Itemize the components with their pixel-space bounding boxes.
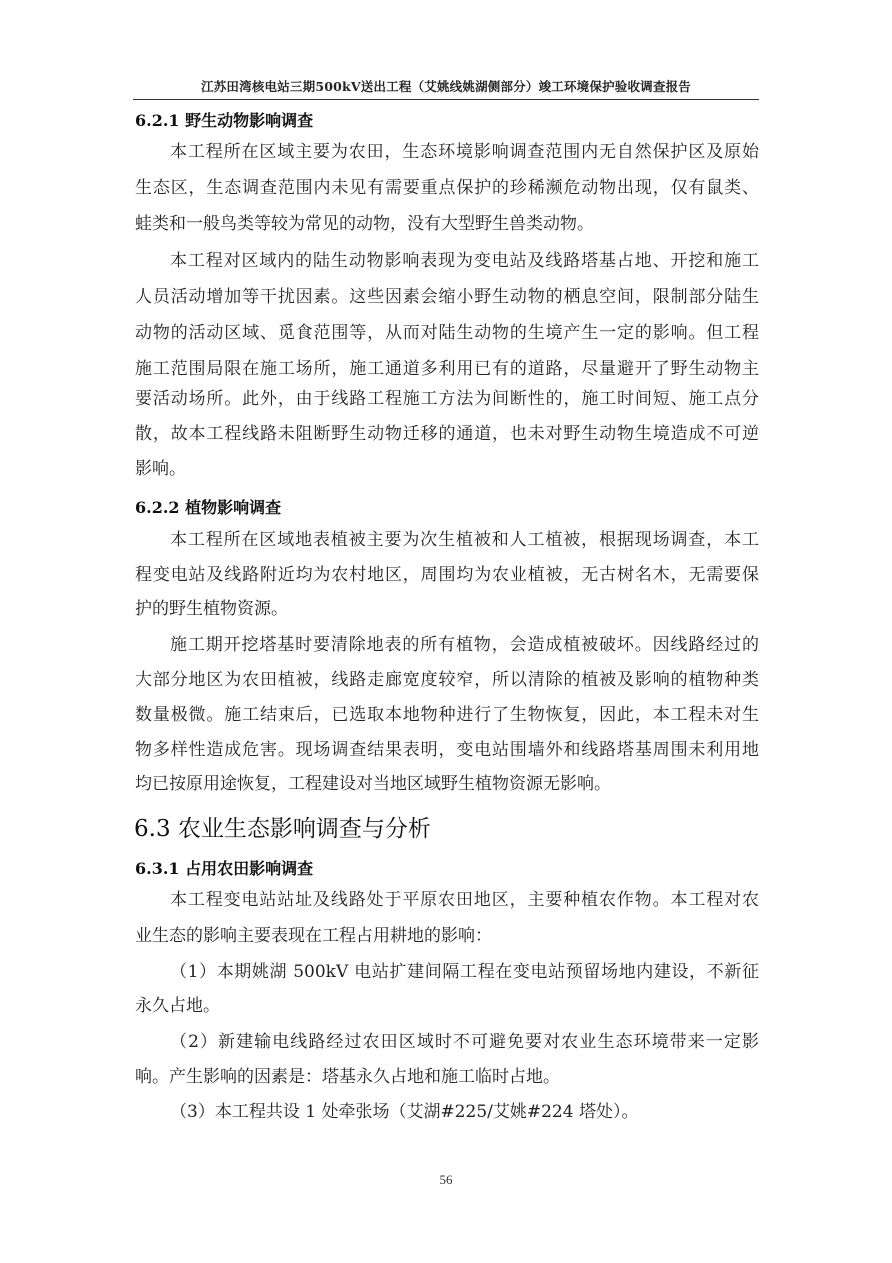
- paragraph-line: 蛙类和一般鸟类等较为常见的动物，没有大型野生兽类动物。: [135, 213, 759, 235]
- paragraph-line: 人员活动增加等干扰因素。这些因素会缩小野生动物的栖息空间，限制部分陆生: [135, 286, 759, 308]
- paragraph-line: 生态区，生态调查范围内未见有需要重点保护的珍稀濒危动物出现，仅有鼠类、: [135, 177, 759, 199]
- section-heading-6-3-1: 6.3.1 占用农田影响调查: [135, 856, 313, 879]
- paragraph-line: 散，故本工程线路未阻断野生动物迁移的通道，也未对野生动物生境造成不可逆: [135, 423, 759, 445]
- paragraph-line: 数量极微。施工结束后，已选取本地物种进行了生物恢复，因此，本工程未对生: [135, 704, 759, 726]
- section-heading-6-2-1: 6.2.1 野生动物影响调查: [135, 108, 313, 131]
- section-heading-6-3: 6.3 农业生态影响调查与分析: [134, 810, 431, 843]
- paragraph-line: 物多样性造成危害。现场调查结果表明，变电站围墙外和线路塔基周围未利用地: [135, 739, 759, 761]
- paragraph-line: 护的野生植物资源。: [135, 598, 759, 620]
- paragraph-line: 本工程所在区域主要为农田，生态环境影响调查范围内无自然保护区及原始: [170, 141, 759, 163]
- list-item-line: （3）本工程共设 1 处牵张场（艾湖#225/艾姚#224 塔处）。: [170, 1101, 759, 1123]
- paragraph-line: 大部分地区为农田植被，线路走廊宽度较窄，所以清除的植被及影响的植物种类: [135, 669, 759, 691]
- paragraph-line: 业生态的影响主要表现在工程占用耕地的影响：: [135, 925, 759, 947]
- paragraph-line: 动物的活动区域、觅食范围等，从而对陆生动物的生境产生一定的影响。但工程: [135, 322, 759, 344]
- paragraph-line: 施工期开挖塔基时要清除地表的所有植物，会造成植被破坏。因线路经过的: [170, 634, 759, 656]
- section-heading-6-2-2: 6.2.2 植物影响调查: [135, 495, 281, 518]
- list-item-line: （1）本期姚湖 500kV 电站扩建间隔工程在变电站预留场地内建设，不新征: [170, 961, 759, 983]
- header-divider: [133, 99, 759, 100]
- list-item-line: 永久占地。: [135, 995, 759, 1017]
- paragraph-line: 施工范围局限在施工场所，施工通道多利用已有的道路，尽量避开了野生动物主: [135, 358, 759, 380]
- document-page: 江苏田湾核电站三期500kV送出工程（艾姚线姚湖侧部分）竣工环境保护验收调查报告…: [0, 0, 892, 1263]
- paragraph-line: 均已按原用途恢复，工程建设对当地区域野生植物资源无影响。: [135, 773, 759, 795]
- paragraph-line: 本工程对区域内的陆生动物影响表现为变电站及线路塔基占地、开挖和施工: [170, 250, 759, 272]
- list-item-line: 响。产生影响的因素是：塔基永久占地和施工临时占地。: [135, 1066, 759, 1088]
- paragraph-line: 要活动场所。此外，由于线路工程施工方法为间断性的，施工时间短、施工点分: [135, 388, 759, 410]
- running-header: 江苏田湾核电站三期500kV送出工程（艾姚线姚湖侧部分）竣工环境保护验收调查报告: [133, 77, 759, 95]
- paragraph-line: 本工程变电站站址及线路处于平原农田地区，主要种植农作物。本工程对农: [170, 889, 759, 911]
- paragraph-line: 程变电站及线路附近均为农村地区，周围均为农业植被，无古树名木，无需要保: [135, 564, 759, 586]
- paragraph-line: 本工程所在区域地表植被主要为次生植被和人工植被，根据现场调查，本工: [170, 529, 759, 551]
- list-item-line: （2）新建输电线路经过农田区域时不可避免要对农业生态环境带来一定影: [170, 1031, 759, 1053]
- page-number: 56: [0, 1172, 892, 1188]
- paragraph-line: 影响。: [135, 458, 759, 480]
